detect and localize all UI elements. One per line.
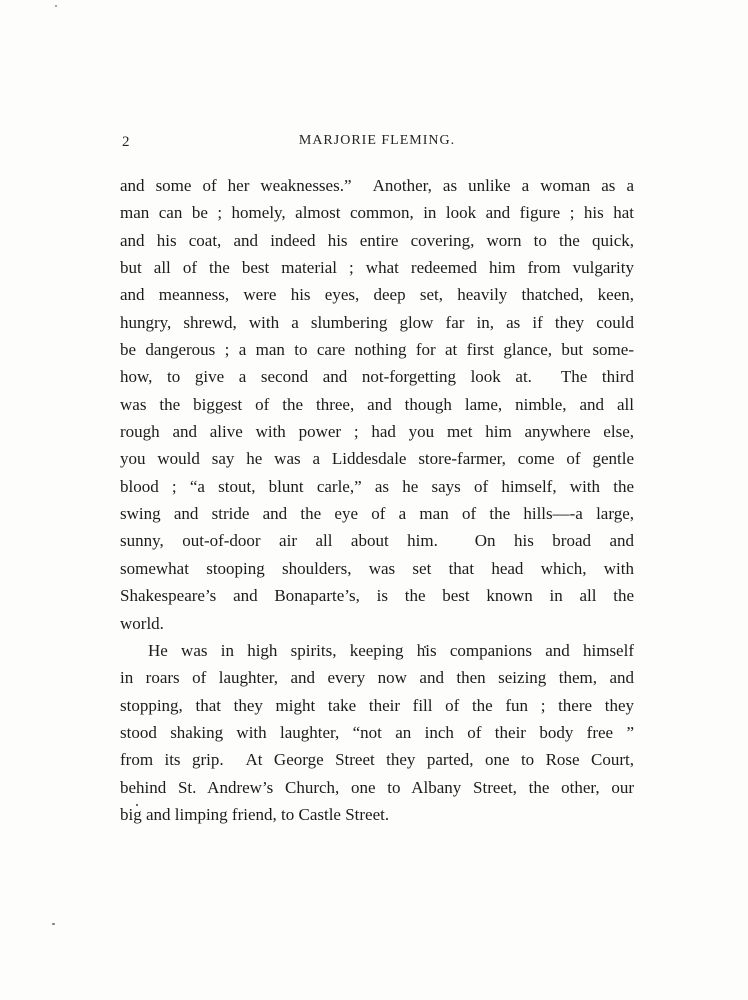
text-line: He was in high spirits, keeping his comp… xyxy=(120,637,634,664)
text-line: and meanness, were his eyes, deep set, h… xyxy=(120,281,634,308)
text-line: Shakespeare’s and Bonaparte’s, is the be… xyxy=(120,582,634,609)
text-line: stopping, that they might take their fil… xyxy=(120,692,634,719)
text-line: how, to give a second and not-forgetting… xyxy=(120,363,634,390)
scan-speck xyxy=(55,5,57,7)
text-line: world. xyxy=(120,610,634,637)
text-line: swing and stride and the eye of a man of… xyxy=(120,500,634,527)
text-line: blood ; “a stout, blunt carle,” as he sa… xyxy=(120,473,634,500)
page-header: 2 MARJORIE FLEMING. xyxy=(120,133,634,155)
text-line: stood shaking with laughter, “not an inc… xyxy=(120,719,634,746)
text-line: somewhat stooping shoulders, was set tha… xyxy=(120,555,634,582)
text-line: from its grip. At George Street they par… xyxy=(120,746,634,773)
body-text: and some of her weaknesses.” Another, as… xyxy=(120,172,634,828)
text-line: big and limping friend, to Castle Street… xyxy=(120,801,634,828)
text-line: behind St. Andrew’s Church, one to Alban… xyxy=(120,774,634,801)
text-line: was the biggest of the three, and though… xyxy=(120,391,634,418)
text-line: and his coat, and indeed his entire cove… xyxy=(120,227,634,254)
text-line: rough and alive with power ; had you met… xyxy=(120,418,634,445)
scan-speck xyxy=(52,923,55,925)
text-line: you would say he was a Liddesdale store-… xyxy=(120,445,634,472)
text-line: man can be ; homely, almost common, in l… xyxy=(120,199,634,226)
text-line: but all of the best material ; what rede… xyxy=(120,254,634,281)
text-line: in roars of laughter, and every now and … xyxy=(120,664,634,691)
text-line: and some of her weaknesses.” Another, as… xyxy=(120,172,634,199)
text-line: hungry, shrewd, with a slumbering glow f… xyxy=(120,309,634,336)
text-line: be dangerous ; a man to care nothing for… xyxy=(120,336,634,363)
book-page: 2 MARJORIE FLEMING. and some of her weak… xyxy=(0,0,748,1000)
running-head: MARJORIE FLEMING. xyxy=(120,133,634,149)
text-line: sunny, out-of-door air all about him. On… xyxy=(120,527,634,554)
